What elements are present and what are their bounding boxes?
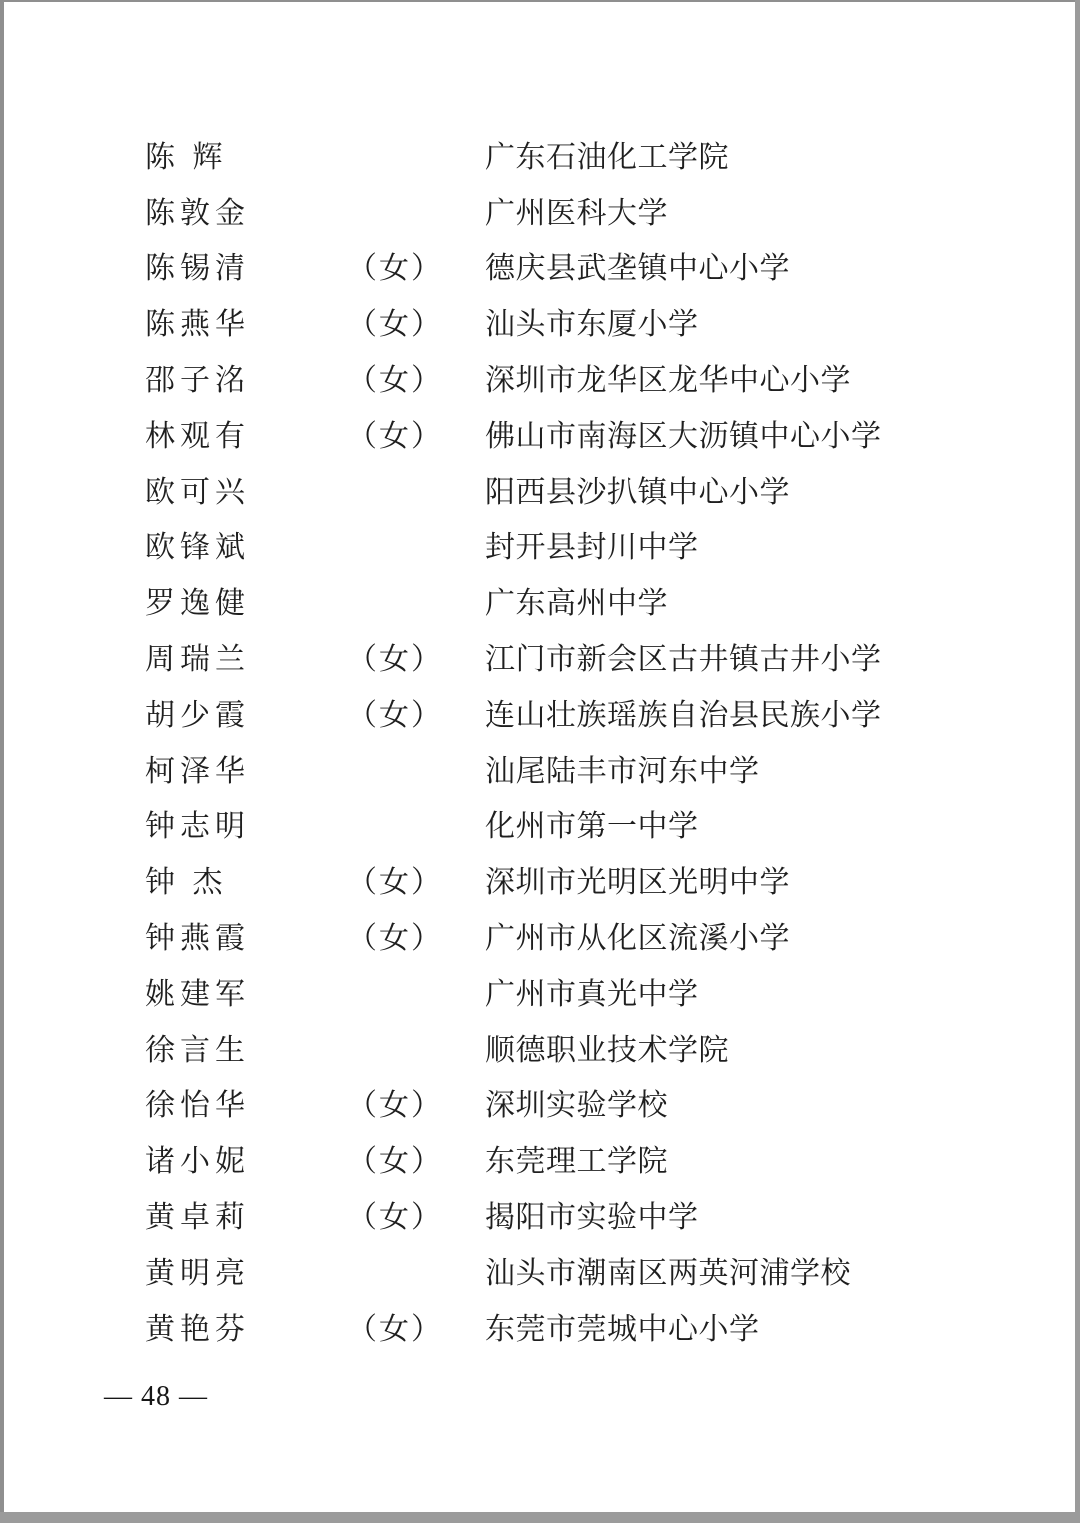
roster-row: 钟志明 化州市第一中学	[0, 800, 1080, 856]
gender-marker: （女）	[347, 645, 485, 675]
person-name: 陈敦金	[145, 199, 347, 229]
roster-row: 周瑞兰 （女） 江门市新会区古井镇古井小学	[0, 632, 1080, 688]
institution-name: 连山壮族瑶族自治县民族小学	[485, 701, 882, 731]
scan-edge-top	[0, 0, 1080, 2]
person-name: 姚建军	[145, 980, 347, 1010]
gender-marker: （女）	[347, 1203, 485, 1233]
person-name: 陈 辉	[145, 143, 347, 173]
gender-marker: （女）	[347, 1091, 485, 1121]
institution-name: 广州医科大学	[485, 199, 668, 229]
person-name: 徐言生	[145, 1036, 347, 1066]
institution-name: 阳西县沙扒镇中心小学	[485, 478, 790, 508]
person-name: 胡少霞	[145, 701, 347, 731]
person-name: 钟志明	[145, 812, 347, 842]
person-name: 钟 杰	[145, 868, 347, 898]
person-name: 欧可兴	[145, 478, 347, 508]
gender-marker: （女）	[347, 1147, 485, 1177]
institution-name: 封开县封川中学	[485, 533, 699, 563]
roster-row: 黄卓莉 （女） 揭阳市实验中学	[0, 1190, 1080, 1246]
person-name: 罗逸健	[145, 589, 347, 619]
person-name: 黄艳芬	[145, 1315, 347, 1345]
roster-row: 黄艳芬 （女） 东莞市莞城中心小学	[0, 1302, 1080, 1358]
institution-name: 广州市从化区流溪小学	[485, 924, 790, 954]
roster-row: 陈 辉 广东石油化工学院	[0, 130, 1080, 186]
gender-marker: （女）	[347, 701, 485, 731]
person-name: 欧锋斌	[145, 533, 347, 563]
gender-marker: （女）	[347, 254, 485, 284]
institution-name: 江门市新会区古井镇古井小学	[485, 645, 882, 675]
institution-name: 广东石油化工学院	[485, 143, 729, 173]
institution-name: 东莞理工学院	[485, 1147, 668, 1177]
roster-row: 邵子洺 （女） 深圳市龙华区龙华中心小学	[0, 353, 1080, 409]
person-name: 周瑞兰	[145, 645, 347, 675]
roster-row: 林观有 （女） 佛山市南海区大沥镇中心小学	[0, 409, 1080, 465]
page-number: — 48 —	[104, 1381, 208, 1413]
person-name: 徐怡华	[145, 1091, 347, 1121]
gender-marker: （女）	[347, 868, 485, 898]
roster-row: 陈锡清 （女） 德庆县武垄镇中心小学	[0, 242, 1080, 298]
roster-row: 黄明亮 汕头市潮南区两英河浦学校	[0, 1246, 1080, 1302]
institution-name: 深圳实验学校	[485, 1091, 668, 1121]
roster-row: 钟燕霞 （女） 广州市从化区流溪小学	[0, 911, 1080, 967]
roster-row: 陈敦金 广州医科大学	[0, 186, 1080, 242]
person-name: 陈燕华	[145, 310, 347, 340]
roster-row: 胡少霞 （女） 连山壮族瑶族自治县民族小学	[0, 688, 1080, 744]
person-name: 黄明亮	[145, 1259, 347, 1289]
institution-name: 顺德职业技术学院	[485, 1036, 729, 1066]
roster-row: 罗逸健 广东高州中学	[0, 576, 1080, 632]
roster-row: 诸小妮 （女） 东莞理工学院	[0, 1134, 1080, 1190]
gender-marker: （女）	[347, 924, 485, 954]
person-name: 钟燕霞	[145, 924, 347, 954]
institution-name: 佛山市南海区大沥镇中心小学	[485, 422, 882, 452]
institution-name: 汕头市东厦小学	[485, 310, 699, 340]
institution-name: 化州市第一中学	[485, 812, 699, 842]
scan-edge-bottom	[0, 1512, 1080, 1523]
person-name: 诸小妮	[145, 1147, 347, 1177]
roster-row: 姚建军 广州市真光中学	[0, 967, 1080, 1023]
person-name: 黄卓莉	[145, 1203, 347, 1233]
gender-marker: （女）	[347, 310, 485, 340]
person-name: 陈锡清	[145, 254, 347, 284]
institution-name: 东莞市莞城中心小学	[485, 1315, 760, 1345]
roster-list: 陈 辉 广东石油化工学院 陈敦金 广州医科大学 陈锡清 （女） 德庆县武垄镇中心…	[0, 130, 1080, 1358]
institution-name: 揭阳市实验中学	[485, 1203, 699, 1233]
institution-name: 汕头市潮南区两英河浦学校	[485, 1259, 851, 1289]
roster-row: 钟 杰 （女） 深圳市光明区光明中学	[0, 855, 1080, 911]
gender-marker: （女）	[347, 422, 485, 452]
person-name: 邵子洺	[145, 366, 347, 396]
document-page: 陈 辉 广东石油化工学院 陈敦金 广州医科大学 陈锡清 （女） 德庆县武垄镇中心…	[0, 0, 1080, 1523]
roster-row: 徐言生 顺德职业技术学院	[0, 1023, 1080, 1079]
gender-marker: （女）	[347, 1315, 485, 1345]
roster-row: 陈燕华 （女） 汕头市东厦小学	[0, 297, 1080, 353]
institution-name: 汕尾陆丰市河东中学	[485, 757, 760, 787]
person-name: 柯泽华	[145, 757, 347, 787]
institution-name: 广东高州中学	[485, 589, 668, 619]
roster-row: 徐怡华 （女） 深圳实验学校	[0, 1079, 1080, 1135]
roster-row: 欧锋斌 封开县封川中学	[0, 521, 1080, 577]
roster-row: 柯泽华 汕尾陆丰市河东中学	[0, 744, 1080, 800]
institution-name: 广州市真光中学	[485, 980, 699, 1010]
institution-name: 深圳市光明区光明中学	[485, 868, 790, 898]
gender-marker: （女）	[347, 366, 485, 396]
institution-name: 深圳市龙华区龙华中心小学	[485, 366, 851, 396]
person-name: 林观有	[145, 422, 347, 452]
institution-name: 德庆县武垄镇中心小学	[485, 254, 790, 284]
roster-row: 欧可兴 阳西县沙扒镇中心小学	[0, 465, 1080, 521]
